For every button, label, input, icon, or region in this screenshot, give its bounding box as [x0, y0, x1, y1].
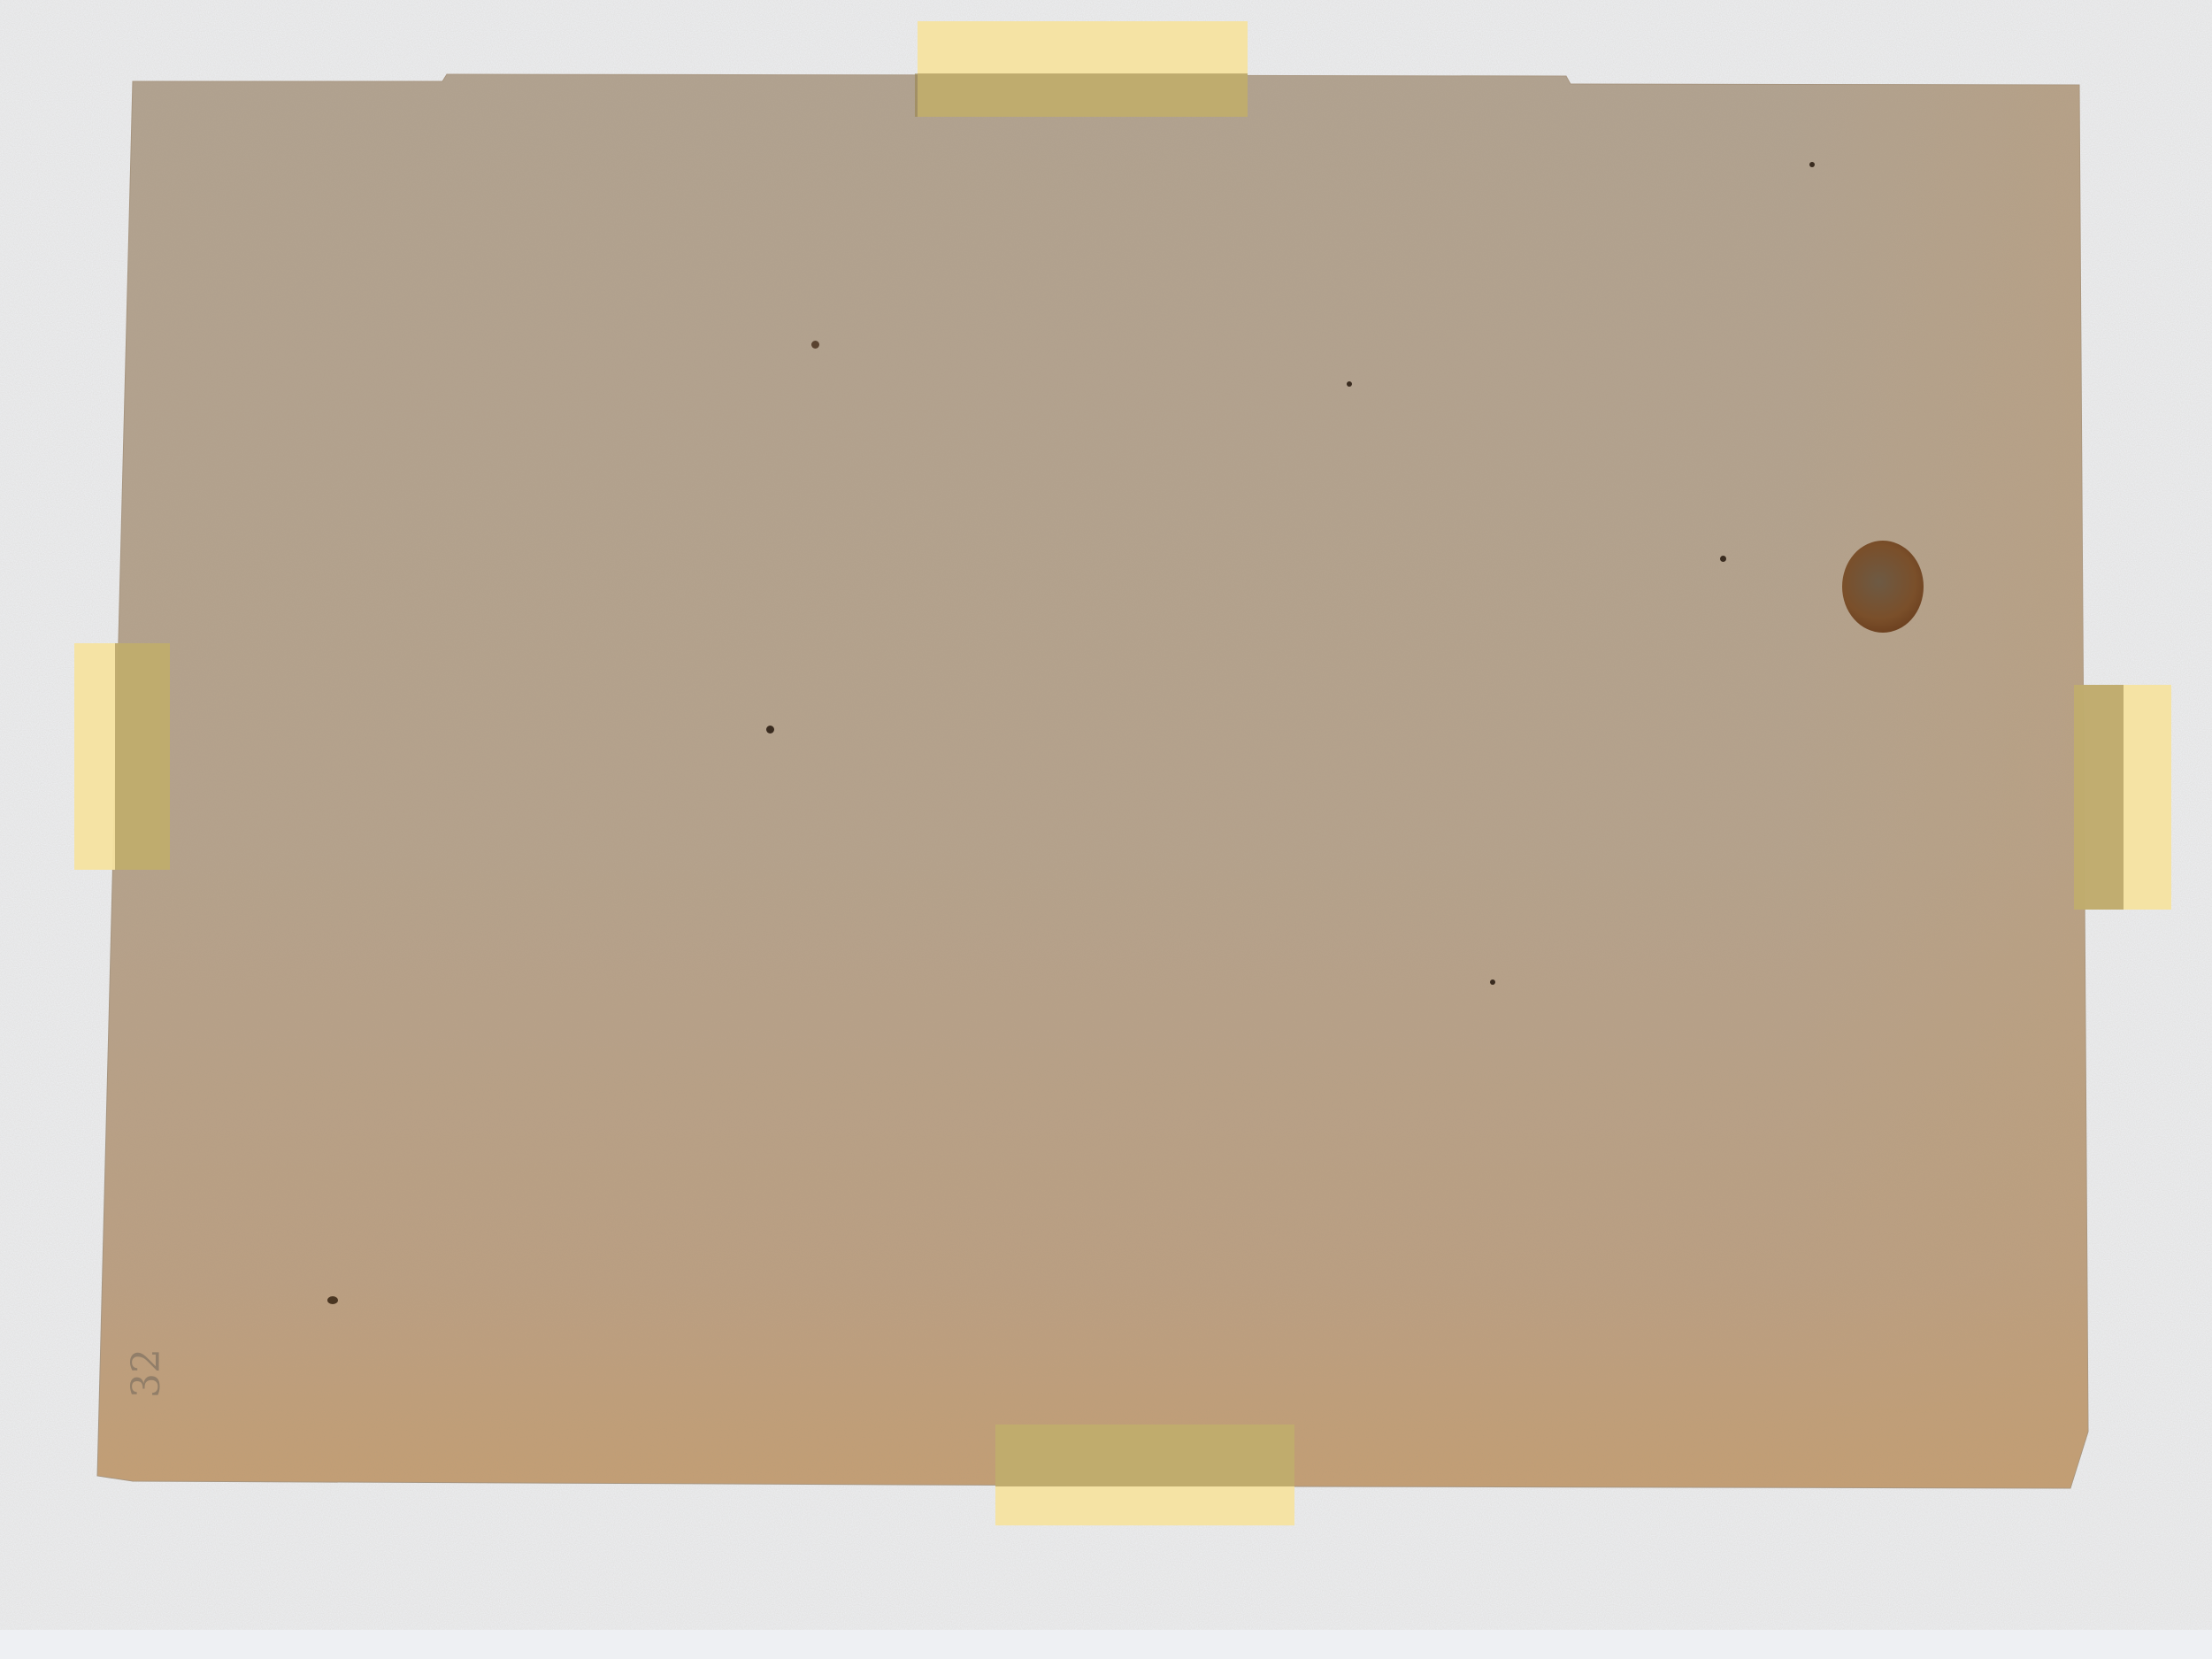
tape-left-overlap	[115, 643, 170, 870]
speck	[327, 1296, 338, 1304]
tape-right-overlap	[2074, 685, 2124, 910]
speck	[1809, 162, 1815, 167]
speck	[1490, 979, 1495, 985]
speck	[766, 726, 774, 733]
speck	[811, 341, 819, 349]
tape-top-overlap	[915, 73, 1248, 117]
speck	[1347, 381, 1352, 387]
speck	[1720, 556, 1726, 562]
pencil-marking: 32	[124, 1348, 169, 1398]
paper-sheet	[0, 0, 2212, 1659]
brown-stain	[1842, 541, 1924, 633]
photo-scene: 32	[0, 0, 2212, 1659]
tape-bottom-overlap	[995, 1425, 1294, 1486]
